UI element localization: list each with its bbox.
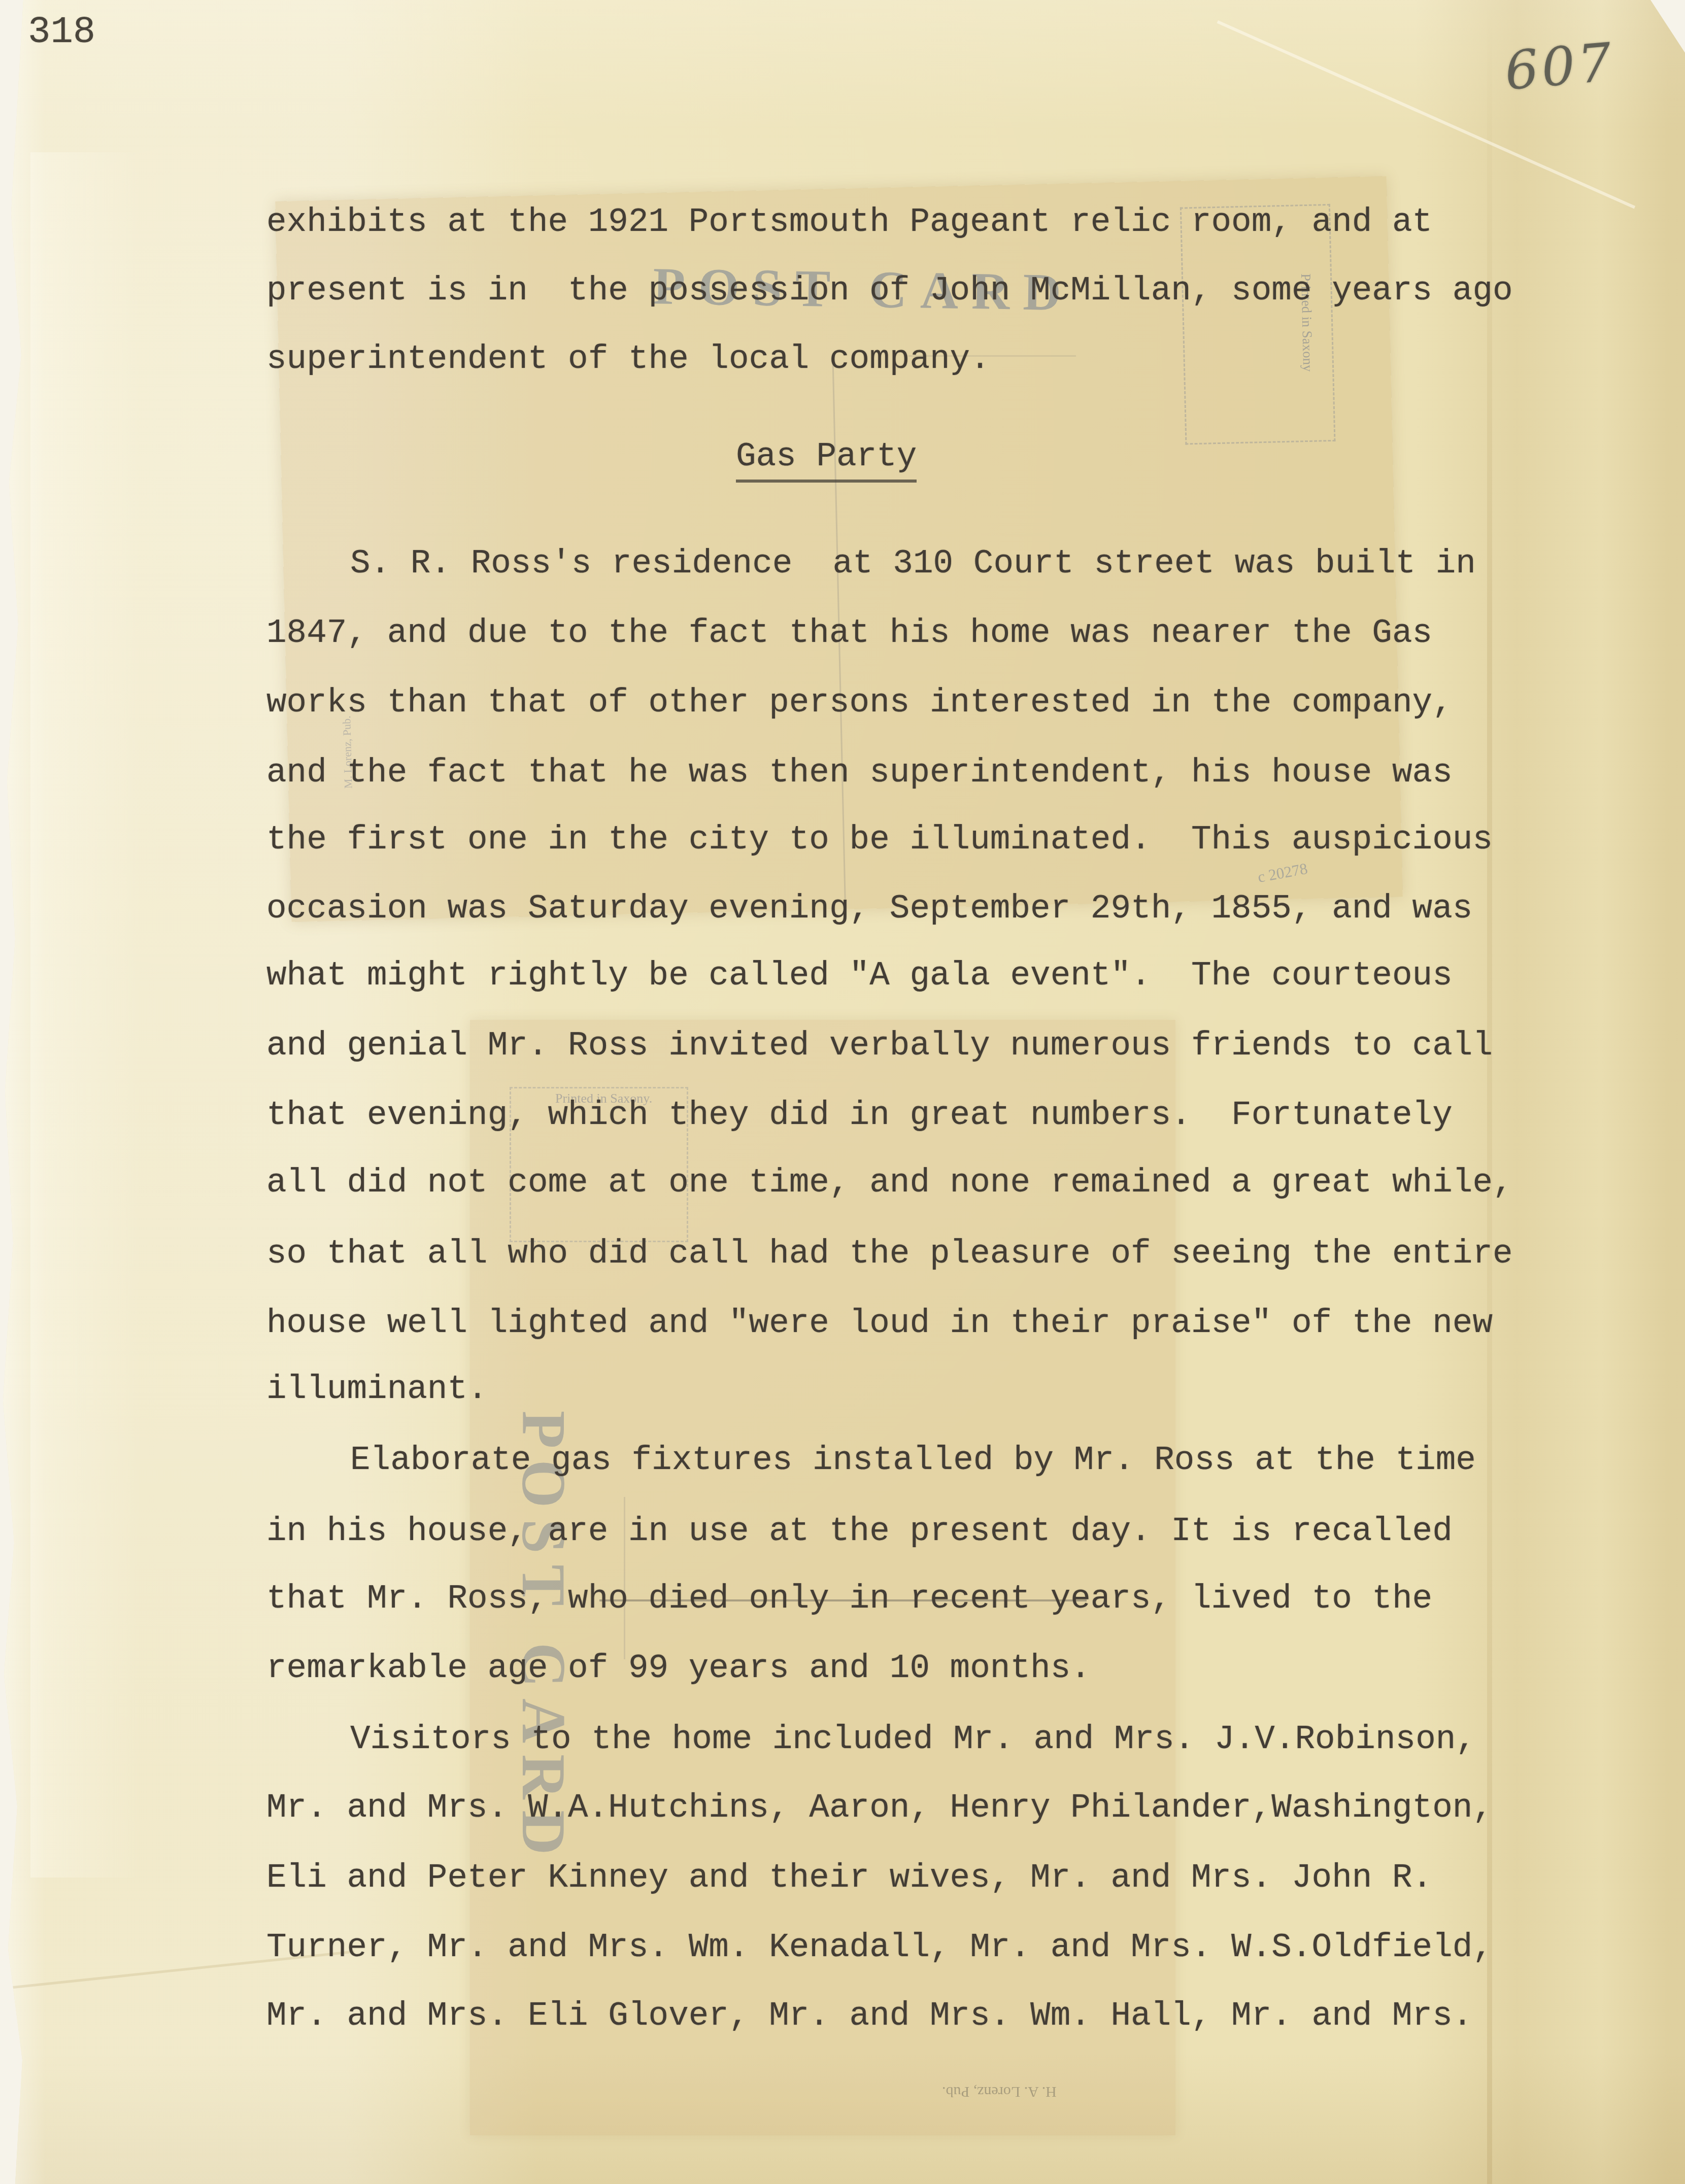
text-line: 1847, and due to the fact that his home …: [266, 617, 1432, 650]
text-line: so that all who did call had the pleasur…: [266, 1237, 1513, 1271]
text-line: that evening, which they did in great nu…: [266, 1099, 1453, 1132]
text-line: Mr. and Mrs. Eli Glover, Mr. and Mrs. Wm…: [266, 1999, 1472, 2033]
text-line: house well lighted and "were loud in the…: [266, 1307, 1493, 1340]
text-line: Elaborate gas fixtures installed by Mr. …: [350, 1444, 1476, 1477]
text-line: Visitors to the home included Mr. and Mr…: [350, 1723, 1476, 1756]
text-line: remarkable age of 99 years and 10 months…: [266, 1652, 1091, 1685]
text-line: S. R. Ross's residence at 310 Court stre…: [350, 547, 1476, 581]
text-line: exhibits at the 1921 Portsmouth Pageant …: [266, 206, 1432, 239]
text-line: superintendent of the local company.: [266, 343, 990, 376]
text-line: in his house, are in use at the present …: [266, 1515, 1453, 1548]
text-line: works than that of other persons interes…: [266, 686, 1453, 720]
crease-left-band: [30, 152, 142, 1878]
text-line: what might rightly be called "A gala eve…: [266, 959, 1453, 993]
crease-right-vertical: [1487, 0, 1492, 2184]
text-line: the first one in the city to be illumina…: [266, 823, 1493, 857]
pencil-page-number: 607: [1502, 31, 1617, 102]
text-line: that Mr. Ross, who died only in recent y…: [266, 1582, 1432, 1616]
text-line: and the fact that he was then superinten…: [266, 756, 1453, 790]
paper-sheet: POST CARD Printed in Saxony c 20278 M. L…: [0, 0, 1685, 2184]
section-heading: Gas Party: [736, 437, 917, 483]
text-line: and genial Mr. Ross invited verbally num…: [266, 1029, 1493, 1063]
plate-number: c 20278: [1256, 860, 1309, 886]
publisher-imprint-bottom: H. A. Lorenz, Pub.: [942, 2083, 1057, 2100]
text-line: Eli and Peter Kinney and their wives, Mr…: [266, 1861, 1432, 1895]
scanned-document-page: POST CARD Printed in Saxony c 20278 M. L…: [0, 0, 1685, 2184]
text-line: Mr. and Mrs. W.A.Hutchins, Aaron, Henry …: [266, 1791, 1493, 1825]
text-line: Turner, Mr. and Mrs. Wm. Kenadall, Mr. a…: [266, 1931, 1493, 1964]
typed-page-number: 318: [28, 11, 95, 54]
text-line: all did not come at one time, and none r…: [266, 1166, 1513, 1200]
text-line: present is in the possession of John McM…: [266, 274, 1513, 308]
text-line: illuminant.: [266, 1373, 488, 1406]
text-line: occasion was Saturday evening, September…: [266, 892, 1472, 926]
